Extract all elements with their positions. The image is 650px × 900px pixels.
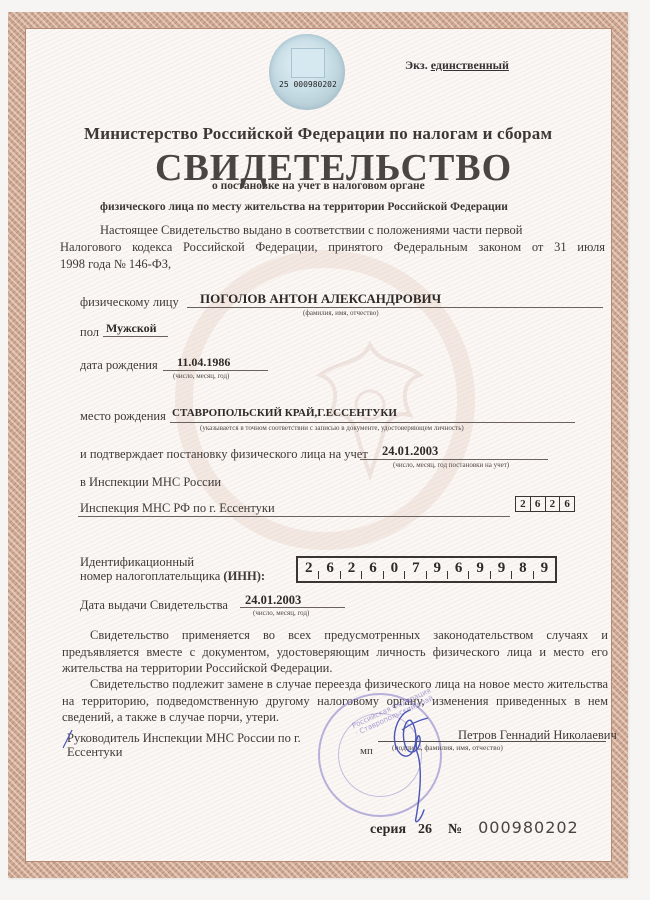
series-label: серия [370, 822, 406, 837]
birthplace-hint: (указывается в точном соответствии с зап… [200, 424, 464, 432]
inn-digit: 7 [405, 558, 426, 581]
name-hint: (фамилия, имя, отчество) [303, 309, 379, 317]
registration-date-underline [360, 459, 548, 460]
inn-digit: 9 [427, 558, 448, 581]
birthplace-label: место рождения [80, 409, 166, 424]
copy-label-value: единственный [431, 58, 509, 72]
inn-digit: 8 [512, 558, 533, 581]
inn-digit: 9 [469, 558, 490, 581]
registration-label: и подтверждает постановку физического ли… [80, 447, 368, 462]
handwritten-signature-icon [380, 700, 450, 830]
inspection-name: Инспекция МНС РФ по г. Ессентуки [80, 501, 275, 516]
sex-underline [103, 336, 168, 337]
person-sex: Мужской [106, 321, 157, 336]
intro-line-3: 1998 года № 146-ФЗ, [60, 256, 171, 273]
person-birthplace: СТАВРОПОЛЬСКИЙ КРАЙ,Г.ЕССЕНТУКИ [172, 407, 397, 419]
inn-digit: 2 [298, 558, 319, 581]
name-underline [187, 307, 603, 308]
issue-date-label: Дата выдачи Свидетельства [80, 598, 228, 613]
pen-mark-icon [60, 728, 74, 750]
dob-hint: (число, месяц, год) [173, 372, 229, 380]
stamp-place-label: мп [360, 745, 373, 757]
copy-label: Экз. единственный [405, 58, 509, 73]
series-number: 000980202 [478, 818, 579, 837]
inspection-code-box: 2626 [515, 496, 575, 512]
inn-digit: 9 [534, 558, 555, 581]
issue-date-underline [240, 607, 345, 608]
inn-label-abbr: (ИНН): [223, 569, 265, 583]
inspection-code-digit: 2 [546, 497, 561, 511]
inspection-underline [78, 516, 510, 517]
intro-line-2: Налогового кодекса Российской Федерации,… [60, 239, 605, 256]
person-name: ПОГОЛОВ АНТОН АЛЕКСАНДРОВИЧ [200, 291, 441, 307]
inspection-label: в Инспекции МНС России [80, 475, 221, 490]
registration-date-hint: (число, месяц, год постановки на учет) [393, 461, 509, 469]
name-label: физическому лицу [80, 295, 179, 310]
inn-label-1: Идентификационный [80, 555, 194, 570]
signer-name: Петров Геннадий Николаевич [458, 728, 617, 743]
inn-label-2: номер налогоплательщика (ИНН): [80, 569, 265, 584]
inn-digit: 6 [448, 558, 469, 581]
series-block: серия 26 № 000980202 [370, 818, 579, 838]
issue-date: 24.01.2003 [245, 593, 301, 608]
inn-digit: 2 [341, 558, 362, 581]
dob-underline [163, 370, 268, 371]
registration-date: 24.01.2003 [382, 444, 438, 459]
issue-date-hint: (число, месяц, год) [253, 609, 309, 617]
note-paragraph-1: Свидетельство применяется во всех предус… [62, 627, 608, 677]
inn-digit: 0 [384, 558, 405, 581]
head-label-2: Ессентуки [67, 745, 122, 760]
sex-label: пол [80, 325, 99, 340]
intro-line-1: Настоящее Свидетельство выдано в соответ… [100, 222, 522, 239]
inn-digit: 9 [491, 558, 512, 581]
head-label-1: Руководитель Инспекции МНС России по г. [67, 731, 301, 746]
inn-label-text: номер налогоплательщика [80, 569, 220, 583]
inn-box: 262607969989 [296, 556, 557, 583]
document-subtitle-1: о постановке на учет в налоговом органе [212, 180, 425, 192]
inspection-code-digit: 2 [516, 497, 531, 511]
hologram-emblem-icon [291, 48, 325, 78]
dob-label: дата рождения [80, 358, 158, 373]
birthplace-underline [170, 422, 575, 423]
copy-label-prefix: Экз. [405, 58, 428, 72]
hologram-number: 25 000980202 [279, 80, 337, 89]
document-subtitle-2: физического лица по месту жительства на … [100, 201, 508, 213]
hologram-sticker: 25 000980202 [269, 34, 345, 110]
series-value: 26 [418, 822, 432, 837]
number-sign: № [448, 822, 462, 837]
inspection-code-digit: 6 [531, 497, 546, 511]
ministry-heading: Министерство Российской Федерации по нал… [84, 124, 552, 144]
inspection-code-digit: 6 [560, 497, 574, 511]
inn-digit: 6 [319, 558, 340, 581]
person-dob: 11.04.1986 [177, 355, 230, 370]
inn-digit: 6 [362, 558, 383, 581]
